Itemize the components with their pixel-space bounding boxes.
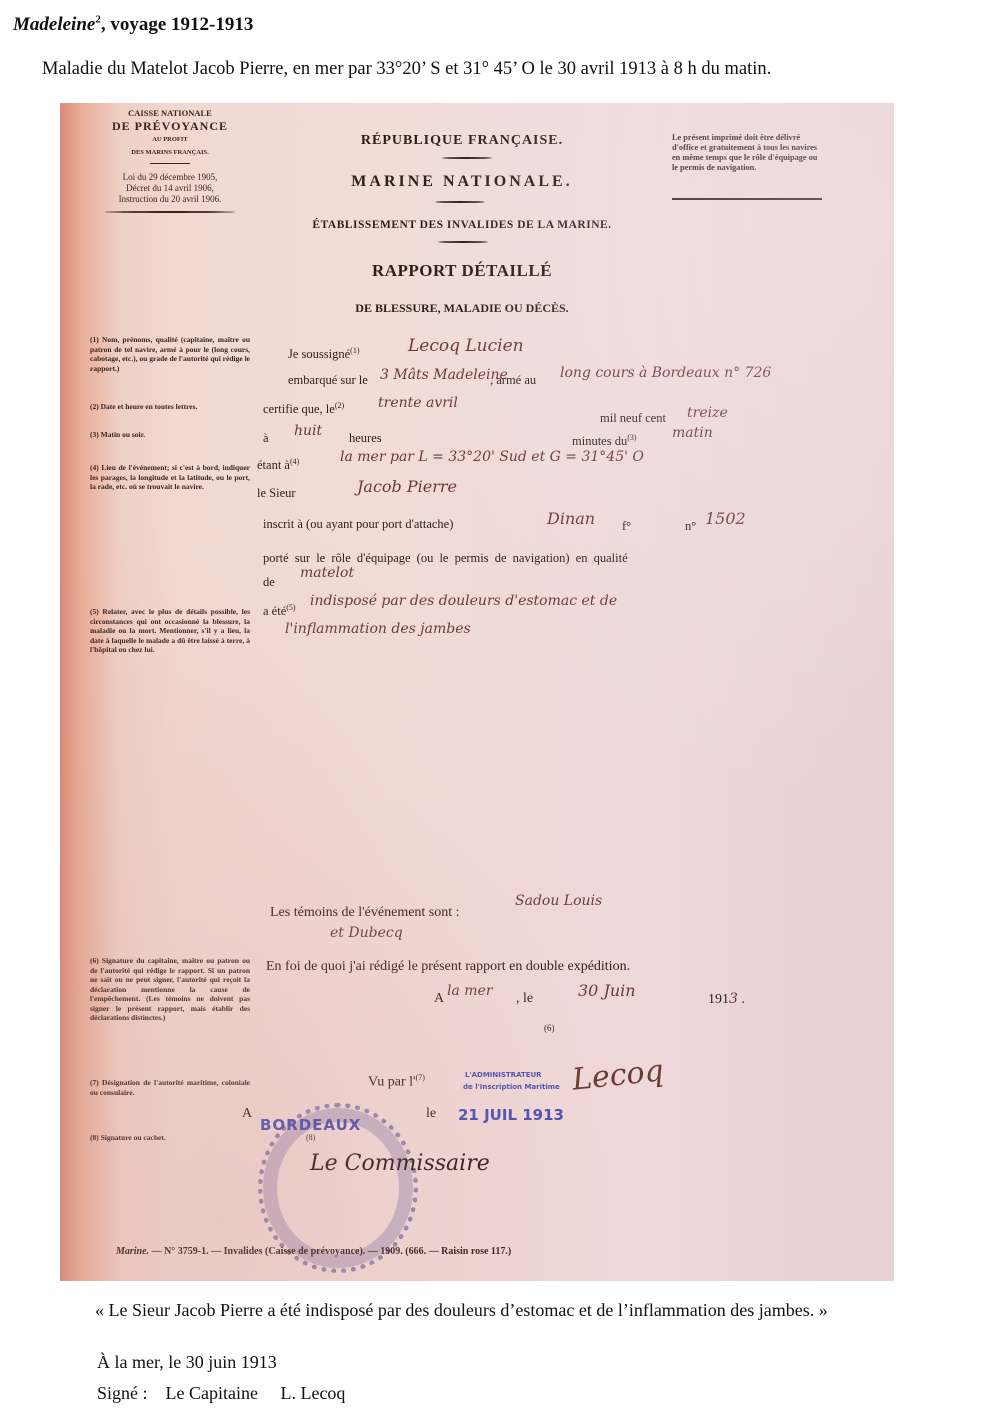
label-sieur: le Sieur (257, 486, 296, 501)
divider (150, 163, 190, 164)
caisse-header: CAISSE NATIONALE DE PRÉVOYANCE AU PROFIT… (80, 107, 260, 213)
law-ref: Décret du 14 avril 1906, (80, 183, 260, 194)
transcription-place-date: À la mer, le 30 juin 1913 (97, 1352, 277, 1373)
label-a-ete: a été(5) (263, 603, 296, 619)
divider (438, 241, 488, 243)
ref-8: (8) (306, 1133, 315, 1142)
note-4: (4) Lieu de l'événement; si c'est à bord… (90, 463, 250, 492)
commissaire-signature: Le Commissaire (310, 1151, 490, 1176)
republique-header: RÉPUBLIQUE FRANÇAISE. (242, 133, 682, 149)
note-7: (7) Désignation de l'autorité maritime, … (90, 1078, 250, 1097)
label-inscrit: inscrit à (ou ayant pour port d'attache) (263, 517, 453, 532)
label-temoins: Les témoins de l'événement sont : (270, 905, 460, 921)
label-heures: heures (349, 431, 382, 446)
voyage-years: , voyage 1912-1913 (101, 14, 254, 35)
label-A: A (434, 991, 444, 1007)
field-numero: 1502 (705, 509, 746, 528)
divider (435, 201, 485, 203)
label-porte: porté sur le rôle d'équipage (ou le perm… (263, 551, 628, 566)
ship-name: Madeleine (13, 14, 95, 35)
label-certifie: certifie que, le(2) (263, 401, 344, 417)
transcription-signature: Signé : Le Capitaine L. Lecoq (97, 1383, 345, 1404)
field-arme: long cours à Bordeaux n° 726 (560, 365, 771, 381)
form-subtitle: DE BLESSURE, MALADIE OU DÉCÈS. (242, 301, 682, 316)
note-6: (6) Signature du capitaine, maître ou pa… (90, 956, 250, 1023)
label-le: , le (516, 991, 533, 1007)
etablissement-header: ÉTABLISSEMENT DES INVALIDES DE LA MARINE… (242, 219, 682, 231)
divider (672, 198, 822, 200)
field-sieur: Jacob Pierre (357, 477, 457, 496)
field-moment: matin (672, 425, 713, 441)
field-navire: 3 Mâts Madeleine (380, 367, 508, 383)
label-etant: étant à(4) (257, 457, 299, 473)
field-lieu: la mer par L = 33°20' Sud et G = 31°45' … (340, 449, 644, 465)
caisse-line: DE PRÉVOYANCE (80, 120, 260, 133)
caisse-line: AU PROFIT (80, 133, 260, 146)
label-en-foi: En foi de quoi j'ai rédigé le présent ra… (266, 959, 630, 975)
label-A2: A (242, 1106, 252, 1122)
form-title: RAPPORT DÉTAILLÉ (242, 261, 682, 281)
note-2: (2) Date et heure en toutes lettres. (90, 402, 250, 412)
field-temoins-2: et Dubecq (330, 925, 403, 941)
label-le2: le (426, 1106, 436, 1122)
page-title: Madeleine2, voyage 1912-1913 (13, 14, 253, 36)
transcription-quote: « Le Sieur Jacob Pierre a été indisposé … (53, 1297, 913, 1324)
ref-6: (6) (544, 1023, 555, 1033)
law-ref: Loi du 29 décembre 1905, (80, 172, 260, 183)
field-heure: huit (294, 423, 322, 439)
field-lieu-sign: la mer (447, 983, 493, 999)
divider (442, 157, 492, 159)
label-minutes: minutes du(3) (572, 433, 637, 449)
label-folio: f° (622, 519, 631, 534)
field-inscrit: Dinan (547, 509, 595, 528)
field-date: trente avril (378, 395, 458, 411)
label-a: à (263, 431, 269, 446)
marine-header: MARINE NATIONALE. (242, 173, 682, 191)
label-numero: n° (685, 519, 696, 534)
form-photograph: CAISSE NATIONALE DE PRÉVOYANCE AU PROFIT… (60, 103, 894, 1281)
label-embarque: embarqué sur le (288, 373, 368, 388)
field-qualite: matelot (300, 565, 354, 581)
caisse-line: DES MARINS FRANÇAIS. (80, 146, 260, 159)
field-soussigne: Lecoq Lucien (408, 336, 524, 356)
label-mil: mil neuf cent (600, 411, 666, 426)
field-date-sign: 30 Juin (578, 981, 636, 1000)
field-temoins-1: Sadou Louis (515, 893, 602, 909)
date-stamp: 21 JUIL 1913 (458, 1106, 564, 1124)
admin-stamp-line: L'ADMINISTRATEUR (465, 1071, 542, 1079)
field-a-ete-1: indisposé par des douleurs d'estomac et … (310, 593, 617, 609)
admin-stamp-line: de l'Inscription Maritime (463, 1083, 560, 1091)
divider (105, 211, 235, 213)
captain-signature: Lecoq (570, 1053, 665, 1097)
document-caption: Maladie du Matelot Jacob Pierre, en mer … (42, 59, 771, 80)
label-soussigne: Je soussigné(1) (288, 346, 359, 362)
note-8: (8) Signature ou cachet. (90, 1133, 250, 1143)
field-annee: treize (687, 405, 728, 421)
field-a-ete-2: l'inflammation des jambes (285, 621, 471, 637)
label-de: de (263, 575, 275, 590)
law-ref: Instruction du 20 avril 1906. (80, 194, 260, 205)
note-3: (3) Matin ou soir. (90, 430, 250, 440)
form-reference: Marine. — N° 3759-1. — Invalides (Caisse… (116, 1246, 511, 1257)
label-annee-print: 1913 . (708, 991, 745, 1008)
label-vu-par: Vu par l'(7) (368, 1073, 425, 1091)
notice-text: Le présent imprimé doit être délivré d'o… (672, 133, 822, 173)
note-5: (5) Relater, avec le plus de détails pos… (90, 607, 250, 655)
label-arme-au: , armé au (490, 373, 536, 388)
note-1: (1) Nom, prénoms, qualité (capitaine, ma… (90, 335, 250, 373)
